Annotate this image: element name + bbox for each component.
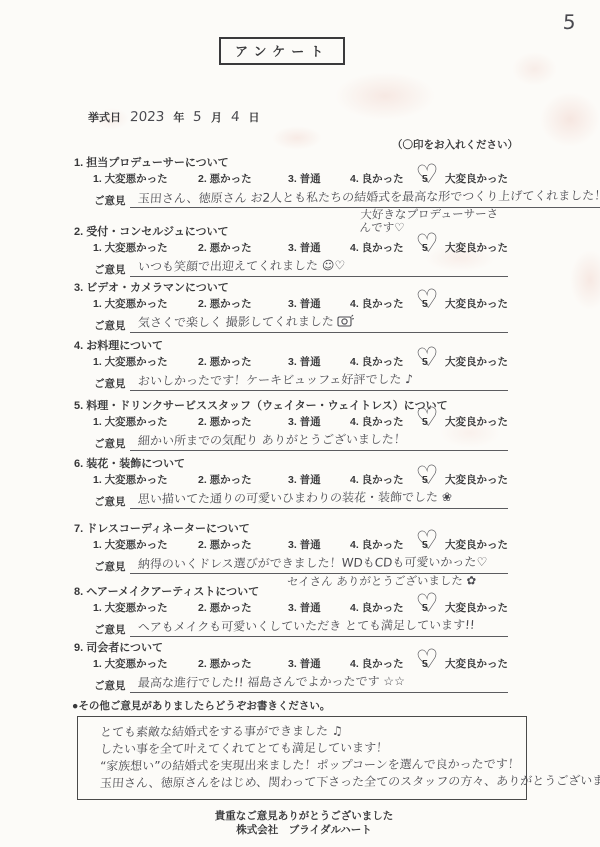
other-comments-heading: ●その他ご意見がありましたらどうぞお書きください。 [72, 698, 508, 713]
comment-row: ご意見 納得のいくドレス選びができました！WDもCDも可愛いかった♡ [94, 554, 508, 574]
handwritten-comment: 気さくで楽しく 撮影してくれました [137, 315, 334, 328]
question-heading: 6. 装花・装飾について [72, 457, 508, 472]
question-heading: 2. 受付・コンセルジュについて [72, 225, 508, 240]
ceremony-date-year: 2023 [129, 109, 164, 125]
footer: 貴重なご意見ありがとうございました 株式会社 ブライダルハート [86, 809, 522, 837]
comment-line: 思い描いてた通りの可愛いひまわりの装花・装飾でした ❀ [130, 489, 509, 509]
rating-option: 4. 良かった [350, 472, 422, 487]
rating-option-selected: ♡5 大変良かった [422, 537, 508, 552]
page-number: 5 [563, 12, 577, 32]
opinion-label: ご意見 [94, 376, 126, 391]
rating-option-selected: ♡5 大変良かった [422, 656, 508, 671]
handwritten-line: したい事を全て叶えてくれてとても満足しています！ [100, 740, 518, 757]
question-block: 4. お料理について 1. 大変悪かった 2. 悪かった 3. 普通 4. 良か… [72, 339, 508, 391]
comment-line: 最高な進行でした!! 福島さんでよかったです ☆☆ [130, 673, 509, 693]
comment-row: ご意見 思い描いてた通りの可愛いひまわりの装花・装飾でした ❀ [94, 489, 508, 509]
rating-option: 4. 良かった [350, 537, 422, 552]
rating-option: 1. 大変悪かった [93, 656, 198, 671]
heart-circle-doodle: ♡5 [422, 539, 437, 551]
rating-option-selected: ♡5 大変良かった [422, 296, 508, 311]
handwritten-line: “家族想い”の結婚式を実現出来ました！ポップコーンを選んで良かったです！ [100, 757, 518, 774]
question-block: 5. 料理・ドリンクサービススタッフ（ウェイター・ウェイトレス）について 1. … [72, 399, 508, 451]
opinion-label: ご意見 [94, 436, 126, 451]
opinion-label: ご意見 [94, 494, 126, 509]
rating-top-label: 大変良かった [445, 472, 508, 487]
rating-option: 2. 悪かった [198, 240, 288, 255]
question-heading: 3. ビデオ・カメラマンについて [72, 281, 508, 296]
rating-option: 2. 悪かった [198, 171, 288, 186]
comment-row: ご意見 いつも笑顔で出迎えてくれました ☺♡ [94, 257, 508, 277]
rating-option: 1. 大変悪かった [93, 296, 198, 311]
rating-option: 1. 大変悪かった [93, 171, 198, 186]
handwritten-comment: 最高な進行でした!! 福島さんでよかったです ☆☆ [137, 675, 405, 689]
heart-circle-doodle: ♡5 [422, 658, 437, 670]
rating-option: 1. 大変悪かった [93, 414, 198, 429]
handwritten-line: とても素敵な結婚式をする事ができました ♫ [100, 723, 518, 740]
rating-option: 2. 悪かった [198, 656, 288, 671]
question-block: 9. 司会者について 1. 大変悪かった 2. 悪かった 3. 普通 4. 良か… [72, 641, 508, 693]
heart-circle-doodle: ♡5 [422, 474, 437, 486]
rating-top-label: 大変良かった [445, 240, 508, 255]
rating-option-selected: ♡5 大変良かった [422, 354, 508, 369]
question-heading: 9. 司会者について [72, 641, 508, 656]
rating-top-number: 5 [422, 474, 428, 486]
rating-top-label: 大変良かった [445, 600, 508, 615]
rating-option: 3. 普通 [288, 472, 350, 487]
heart-circle-doodle: ♡5 [422, 602, 437, 614]
scan-stain [570, 250, 600, 310]
question-heading: 5. 料理・ドリンクサービススタッフ（ウェイター・ウェイトレス）について [72, 399, 508, 414]
rating-option: 1. 大変悪かった [93, 354, 198, 369]
comment-row: ご意見 細かい所までの気配り ありがとうございました！ [94, 431, 508, 451]
rating-scale: 1. 大変悪かった 2. 悪かった 3. 普通 4. 良かった ♡5 大変良かっ… [93, 656, 508, 673]
question-heading: 1. 担当プロデューサーについて [72, 156, 508, 171]
comment-row: ご意見 ヘアもメイクも可愛いくしていただき とても満足しています!! [94, 617, 508, 637]
questions-area: 1. 担当プロデューサーについて 1. 大変悪かった 2. 悪かった 3. 普通… [72, 156, 508, 837]
rating-scale: 1. 大変悪かった 2. 悪かった 3. 普通 4. 良かった ♡5 大変良かっ… [93, 414, 508, 431]
rating-top-label: 大変良かった [445, 656, 508, 671]
rating-top-number: 5 [422, 539, 428, 551]
rating-option: 4. 良かった [350, 414, 422, 429]
comment-line: 細かい所までの気配り ありがとうございました！ [130, 431, 509, 451]
rating-option: 3. 普通 [288, 537, 350, 552]
opinion-label: ご意見 [94, 262, 126, 277]
rating-option: 4. 良かった [350, 354, 422, 369]
rating-option: 3. 普通 [288, 600, 350, 615]
handwritten-line: 玉田さん、徳原さんをはじめ、関わって下さった全てのスタッフの方々、ありがとうござ… [100, 774, 518, 791]
opinion-label: ご意見 [94, 193, 126, 208]
rating-option: 2. 悪かった [198, 354, 288, 369]
question-heading: 4. お料理について [72, 339, 508, 354]
rating-option: 3. 普通 [288, 656, 350, 671]
rating-option-selected: ♡5 大変良かった [422, 414, 508, 429]
month-suffix: 月 [211, 109, 222, 125]
rating-top-label: 大変良かった [445, 537, 508, 552]
handwritten-comment: 細かい所までの気配り ありがとうございました！ [137, 433, 406, 447]
opinion-label: ご意見 [94, 318, 126, 333]
comment-second-line: 大好きなプロデューサーさんです♡ [360, 208, 508, 221]
rating-scale: 1. 大変悪かった 2. 悪かった 3. 普通 4. 良かった ♡5 大変良かっ… [93, 240, 508, 257]
rating-top-number: 5 [422, 173, 428, 185]
comment-row: ご意見 最高な進行でした!! 福島さんでよかったです ☆☆ [94, 673, 508, 693]
rating-option-selected: ♡5 大変良かった [422, 472, 508, 487]
heart-circle-doodle: ♡5 [422, 298, 437, 310]
heart-circle-doodle: ♡5 [422, 173, 437, 185]
rating-top-number: 5 [422, 242, 428, 254]
rating-scale: 1. 大変悪かった 2. 悪かった 3. 普通 4. 良かった ♡5 大変良かっ… [93, 600, 508, 617]
rating-option: 3. 普通 [288, 171, 350, 186]
footer-thanks: 貴重なご意見ありがとうございました [86, 809, 522, 823]
rating-scale: 1. 大変悪かった 2. 悪かった 3. 普通 4. 良かった ♡5 大変良かっ… [93, 472, 508, 489]
opinion-label: ご意見 [94, 622, 126, 637]
company-name: 株式会社 ブライダルハート [86, 823, 522, 837]
rating-option: 1. 大変悪かった [93, 240, 198, 255]
rating-option: 3. 普通 [288, 296, 350, 311]
question-block: 7. ドレスコーディネーターについて 1. 大変悪かった 2. 悪かった 3. … [72, 522, 508, 587]
comment-line: いつも笑顔で出迎えてくれました ☺♡ [130, 257, 509, 277]
rating-scale: 1. 大変悪かった 2. 悪かった 3. 普通 4. 良かった ♡5 大変良かっ… [93, 354, 508, 371]
comment-row: ご意見 玉田さん、徳原さん お2人とも私たちの結婚式を最高な形でつくり上げてくれ… [94, 188, 508, 208]
form-title: アンケート [219, 37, 345, 65]
comment-line: 納得のいくドレス選びができました！WDもCDも可愛いかった♡ [130, 554, 509, 574]
question-heading: 8. ヘアーメイクアーティストについて [72, 585, 508, 600]
rating-option: 4. 良かった [350, 171, 422, 186]
rating-scale: 1. 大変悪かった 2. 悪かった 3. 普通 4. 良かった ♡5 大変良かっ… [93, 537, 508, 554]
rating-top-number: 5 [422, 602, 428, 614]
handwritten-comment: いつも笑顔で出迎えてくれました ☺♡ [137, 259, 345, 272]
ceremony-date-row: 挙式日 2023 年 5 月 4 日 [88, 109, 260, 125]
rating-option: 2. 悪かった [198, 537, 288, 552]
rating-option-selected: ♡5 大変良かった [422, 240, 508, 255]
rating-option: 2. 悪かった [198, 414, 288, 429]
heart-circle-doodle: ♡5 [422, 242, 437, 254]
comment-line: ヘアもメイクも可愛いくしていただき とても満足しています!! [130, 617, 509, 637]
rating-option-selected: ♡5 大変良かった [422, 171, 508, 186]
handwritten-comment: 思い描いてた通りの可愛いひまわりの装花・装飾でした ❀ [137, 491, 452, 505]
day-suffix: 日 [249, 109, 260, 125]
ceremony-date-month: 5 [193, 109, 203, 125]
handwritten-comment: ヘアもメイクも可愛いくしていただき とても満足しています!! [137, 619, 475, 633]
rating-option-selected: ♡5 大変良かった [422, 600, 508, 615]
opinion-label: ご意見 [94, 559, 126, 574]
scan-stain [272, 126, 322, 150]
rating-option: 1. 大変悪かった [93, 537, 198, 552]
question-block: 1. 担当プロデューサーについて 1. 大変悪かった 2. 悪かった 3. 普通… [72, 156, 508, 221]
rating-top-label: 大変良かった [445, 171, 508, 186]
rating-option: 3. 普通 [288, 414, 350, 429]
question-block: 6. 装花・装飾について 1. 大変悪かった 2. 悪かった 3. 普通 4. … [72, 457, 508, 509]
rating-option: 4. 良かった [350, 296, 422, 311]
rating-top-label: 大変良かった [445, 296, 508, 311]
rating-top-number: 5 [422, 356, 428, 368]
ceremony-date-day: 4 [230, 109, 240, 125]
rating-option: 1. 大変悪かった [93, 472, 198, 487]
comment-line: 玉田さん、徳原さん お2人とも私たちの結婚式を最高な形でつくり上げてくれました！ [130, 188, 600, 208]
rating-scale: 1. 大変悪かった 2. 悪かった 3. 普通 4. 良かった ♡5 大変良かっ… [93, 171, 508, 188]
rating-option: 3. 普通 [288, 240, 350, 255]
comment-line: おいしかったです！ケーキビュッフェ好評でした ♪ [130, 371, 509, 391]
camera-doodle-icon [337, 314, 354, 328]
questionnaire-page: 5 アンケート 挙式日 2023 年 5 月 4 日 （〇印をお入れください） … [0, 0, 600, 847]
rating-option: 4. 良かった [350, 656, 422, 671]
scan-stain [540, 92, 600, 147]
rating-scale: 1. 大変悪かった 2. 悪かった 3. 普通 4. 良かった ♡5 大変良かっ… [93, 296, 508, 313]
rating-option: 4. 良かった [350, 600, 422, 615]
handwritten-comment: おいしかったです！ケーキビュッフェ好評でした ♪ [137, 373, 413, 387]
year-suffix: 年 [173, 109, 184, 125]
comment-row: ご意見 気さくで楽しく 撮影してくれました [94, 313, 508, 333]
comment-row: ご意見 おいしかったです！ケーキビュッフェ好評でした ♪ [94, 371, 508, 391]
rating-option: 3. 普通 [288, 354, 350, 369]
rating-top-number: 5 [422, 298, 428, 310]
rating-option: 4. 良かった [350, 240, 422, 255]
rating-option: 2. 悪かった [198, 600, 288, 615]
scan-stain [512, 52, 557, 86]
handwritten-comment: 玉田さん、徳原さん お2人とも私たちの結婚式を最高な形でつくり上げてくれました！ [137, 189, 600, 204]
rating-top-number: 5 [422, 658, 428, 670]
circle-instruction: （〇印をお入れください） [392, 137, 518, 152]
question-block: 3. ビデオ・カメラマンについて 1. 大変悪かった 2. 悪かった 3. 普通… [72, 281, 508, 333]
ceremony-date-label: 挙式日 [88, 109, 121, 125]
other-comments-box: とても素敵な結婚式をする事ができました ♫ したい事を全て叶えてくれてとても満足… [77, 716, 527, 800]
comment-line: 気さくで楽しく 撮影してくれました [130, 313, 509, 333]
rating-top-label: 大変良かった [445, 354, 508, 369]
question-block: 8. ヘアーメイクアーティストについて 1. 大変悪かった 2. 悪かった 3.… [72, 585, 508, 637]
handwritten-comment: 納得のいくドレス選びができました！WDもCDも可愛いかった♡ [137, 556, 487, 570]
rating-option: 2. 悪かった [198, 296, 288, 311]
question-block: 2. 受付・コンセルジュについて 1. 大変悪かった 2. 悪かった 3. 普通… [72, 225, 508, 277]
rating-top-number: 5 [422, 416, 428, 428]
question-heading: 7. ドレスコーディネーターについて [72, 522, 508, 537]
opinion-label: ご意見 [94, 678, 126, 693]
heart-circle-doodle: ♡5 [422, 416, 437, 428]
heart-circle-doodle: ♡5 [422, 356, 437, 368]
rating-top-label: 大変良かった [445, 414, 508, 429]
rating-option: 1. 大変悪かった [93, 600, 198, 615]
rating-option: 2. 悪かった [198, 472, 288, 487]
scan-stain [335, 72, 435, 120]
